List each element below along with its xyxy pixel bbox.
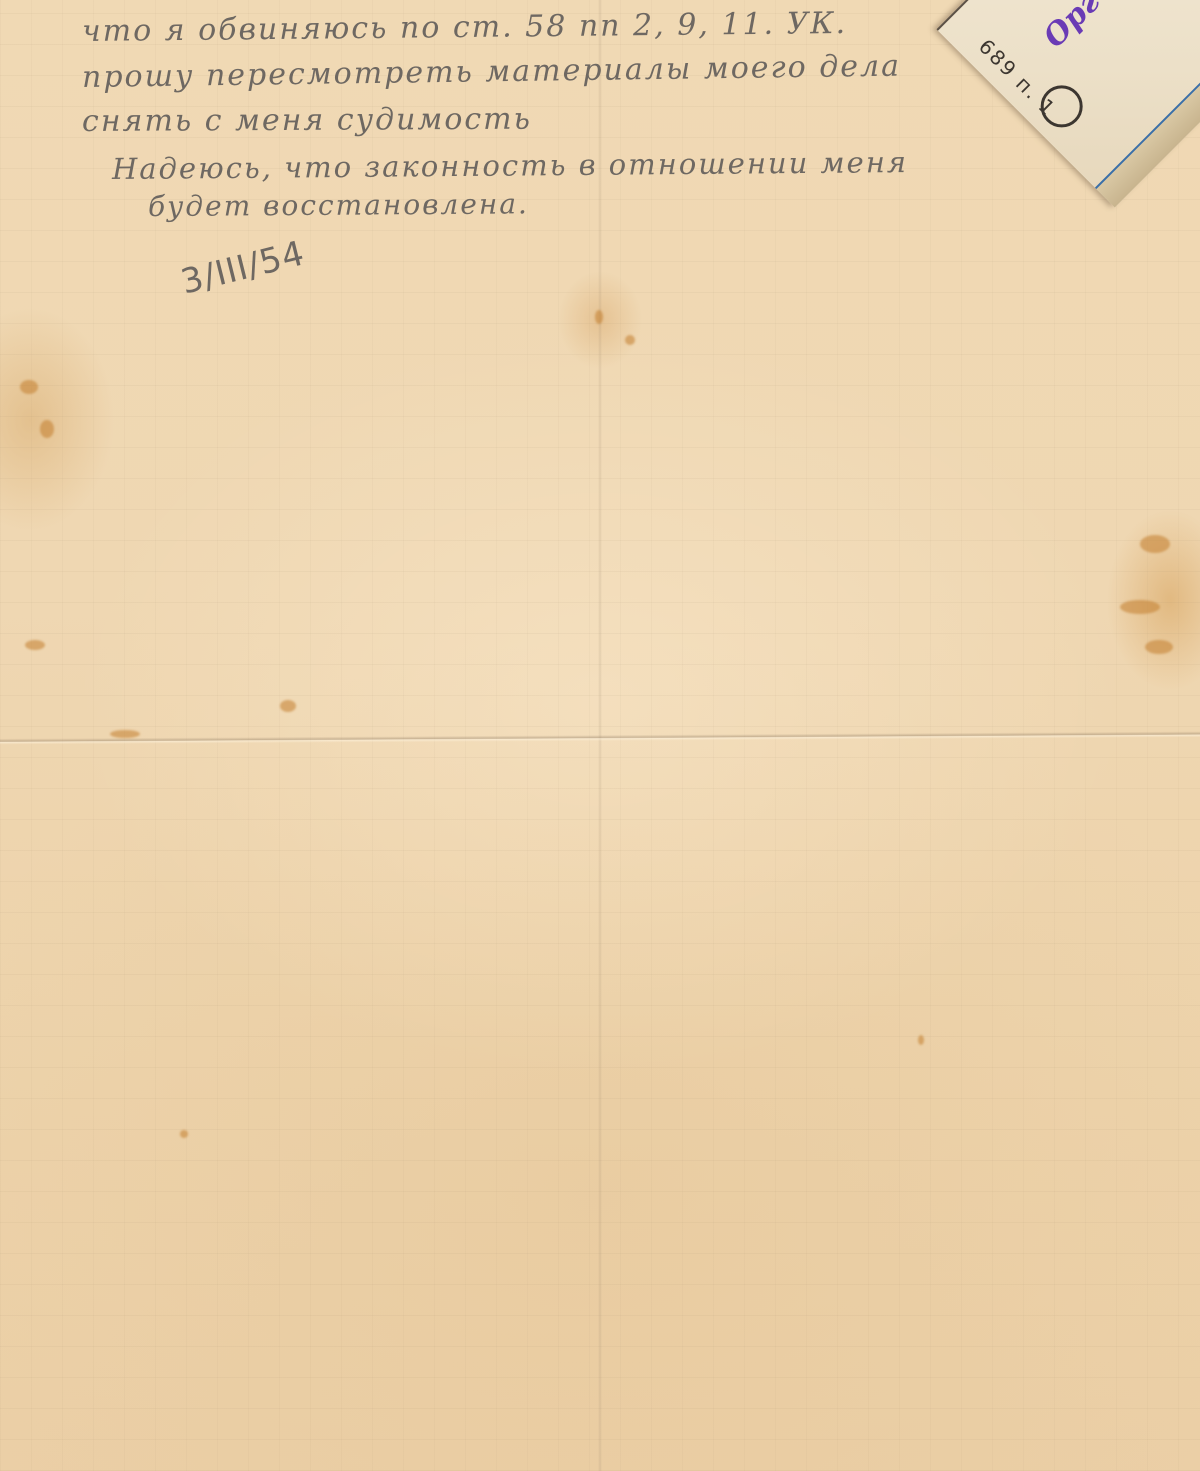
foxing-stain bbox=[110, 730, 140, 738]
folded-postal-corner: 9 МОСКВ 689 п. 1 Орг bbox=[937, 0, 1200, 207]
violet-ink-mark: Орг bbox=[1037, 0, 1107, 55]
foxing-stain bbox=[1140, 535, 1170, 553]
foxing-stain bbox=[1145, 640, 1173, 654]
foxing-stain bbox=[40, 420, 54, 438]
handwritten-line: Надеюсь, что законность в отношении меня bbox=[112, 145, 908, 186]
handwritten-line: что я обвиняюсь по ст. 58 пп 2, 9, 11. У… bbox=[82, 6, 847, 49]
blue-stamp-edge: 9 bbox=[1095, 11, 1200, 208]
foxing-stain bbox=[595, 310, 603, 324]
letter-page: что я обвиняюсь по ст. 58 пп 2, 9, 11. У… bbox=[0, 0, 1200, 1471]
foxing-stain bbox=[1120, 600, 1160, 614]
handwritten-line: будет восстановлена. bbox=[148, 187, 529, 223]
handwritten-line: прошу пересмотреть материалы моего дела bbox=[82, 49, 902, 95]
foxing-stain bbox=[25, 640, 45, 650]
handwritten-date: 3/III/54 bbox=[177, 233, 309, 302]
foxing-stain bbox=[180, 1130, 188, 1138]
handwritten-line: снять с меня судимость bbox=[82, 102, 532, 139]
foxing-stain bbox=[280, 700, 296, 712]
foxing-stain bbox=[918, 1035, 924, 1045]
foxing-stain bbox=[20, 380, 38, 394]
foxing-stain bbox=[625, 335, 635, 345]
